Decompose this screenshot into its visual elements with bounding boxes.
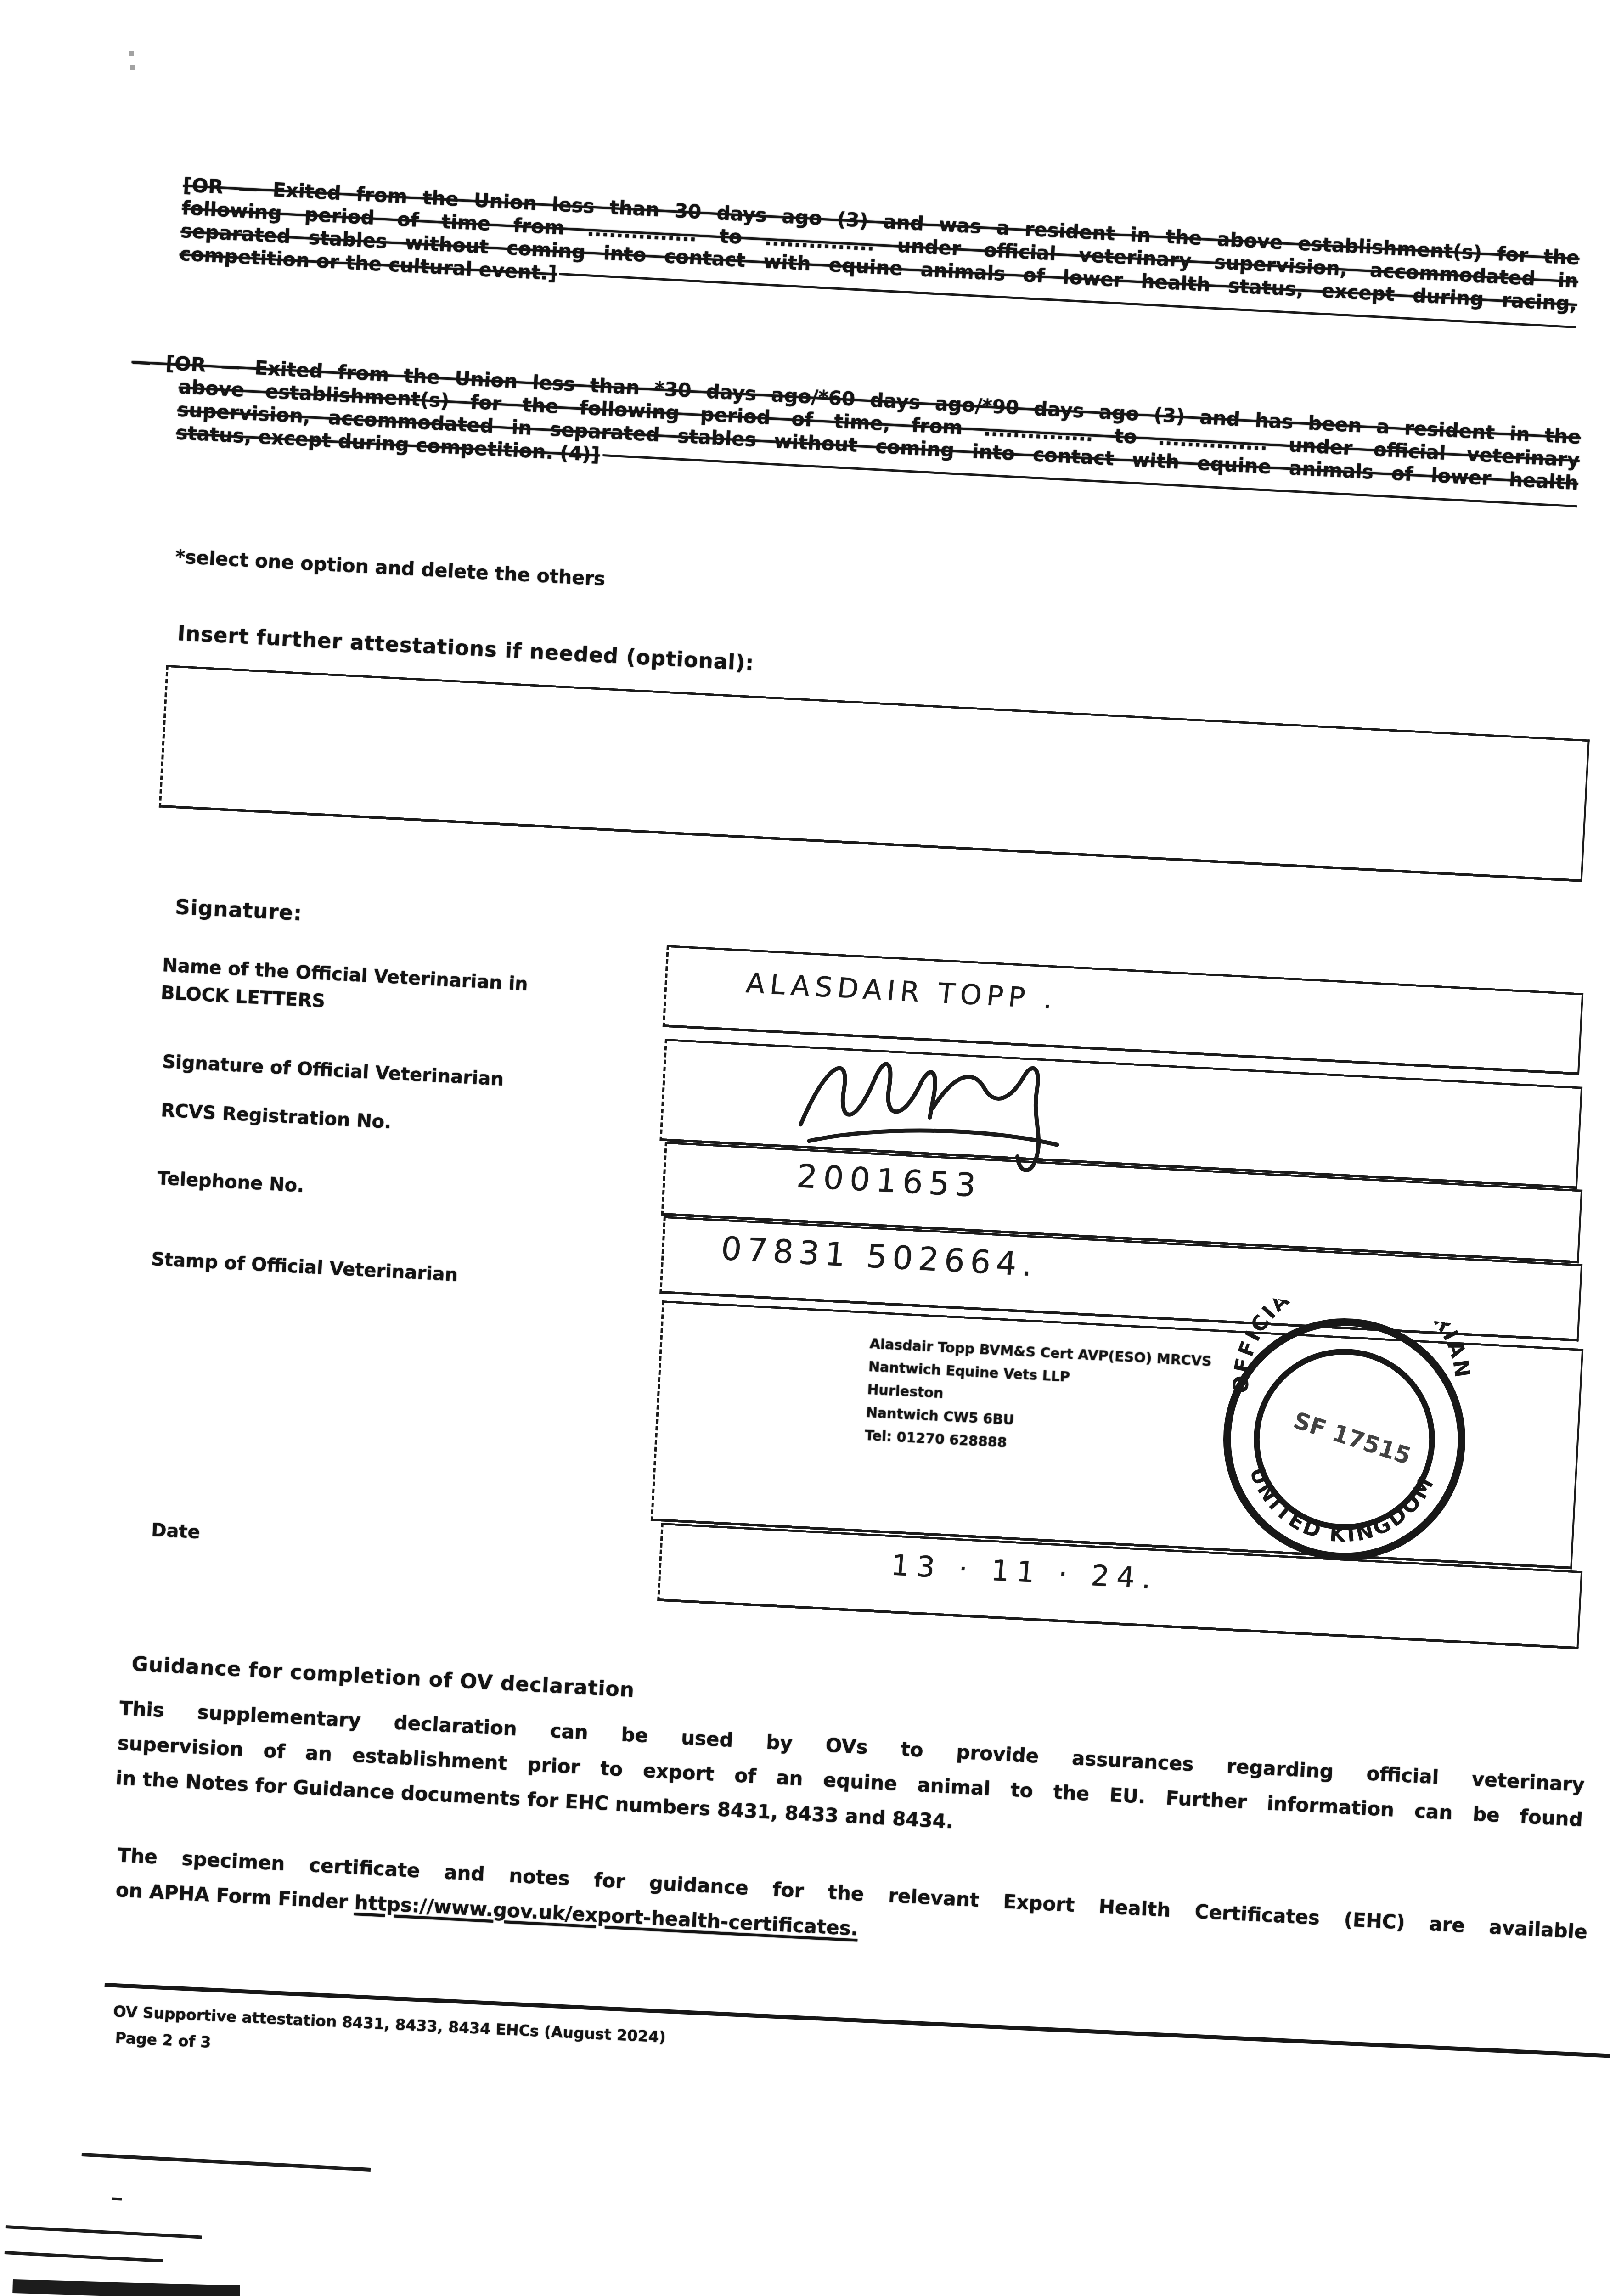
specimen-line2-prefix: on APHA Form Finder bbox=[115, 1879, 355, 1913]
insert-attestations-heading: Insert further attestations if needed (o… bbox=[177, 621, 754, 675]
scan-artifact bbox=[12, 2279, 240, 2296]
document-page: [OR — Exited from the Union less than 30… bbox=[0, 0, 1610, 2296]
scan-artifact bbox=[129, 51, 134, 56]
guidance-paragraph: This supplementary declaration can be us… bbox=[115, 1691, 1586, 1872]
option2-paragraph: — [OR — Exited from the Union less than … bbox=[128, 350, 1582, 518]
date-value: 13 · 11 · 24. bbox=[890, 1548, 1160, 1595]
scan-artifact bbox=[6, 2225, 202, 2239]
seal-bottom-text: UNITED KINGDOM bbox=[1236, 1447, 1441, 1560]
scan-artifact bbox=[82, 2153, 371, 2172]
guidance-heading: Guidance for completion of OV declaratio… bbox=[131, 1652, 635, 1702]
name-value: ALASDAIR TOPP . bbox=[744, 967, 1059, 1015]
official-veterinarian-seal: OFFICIAL VETERINARIAN UNITED KINGDOM SF … bbox=[1198, 1293, 1491, 1586]
rcvs-value: 2001653 bbox=[795, 1157, 983, 1204]
scan-artifact bbox=[112, 2197, 122, 2200]
signature-label: Signature of Official Veterinarian bbox=[162, 1048, 505, 1093]
telephone-value: 07831 502664. bbox=[720, 1230, 1040, 1284]
scan-artifact bbox=[5, 2251, 163, 2262]
stamp-label: Stamp of Official Veterinarian bbox=[151, 1245, 459, 1289]
attestations-input-box[interactable] bbox=[159, 665, 1590, 882]
select-note: *select one option and delete the others bbox=[175, 546, 606, 590]
name-label: Name of the Official Veterinarian in BLO… bbox=[160, 951, 529, 1026]
footer-page-number: Page 2 of 3 bbox=[114, 2025, 211, 2055]
seal-number: SF 17515 bbox=[1290, 1407, 1414, 1470]
date-label: Date bbox=[151, 1516, 201, 1546]
signature-heading: Signature: bbox=[175, 895, 303, 925]
option1-paragraph: [OR — Exited from the Union less than 30… bbox=[179, 174, 1580, 338]
scan-artifact bbox=[130, 65, 135, 70]
practice-stamp-text: Alasdair Topp BVM&S Cert AVP(ESO) MRCVS … bbox=[864, 1333, 1212, 1465]
svg-text:UNITED KINGDOM: UNITED KINGDOM bbox=[1236, 1447, 1441, 1560]
telephone-label: Telephone No. bbox=[157, 1165, 305, 1200]
rcvs-label: RCVS Registration No. bbox=[160, 1097, 392, 1136]
